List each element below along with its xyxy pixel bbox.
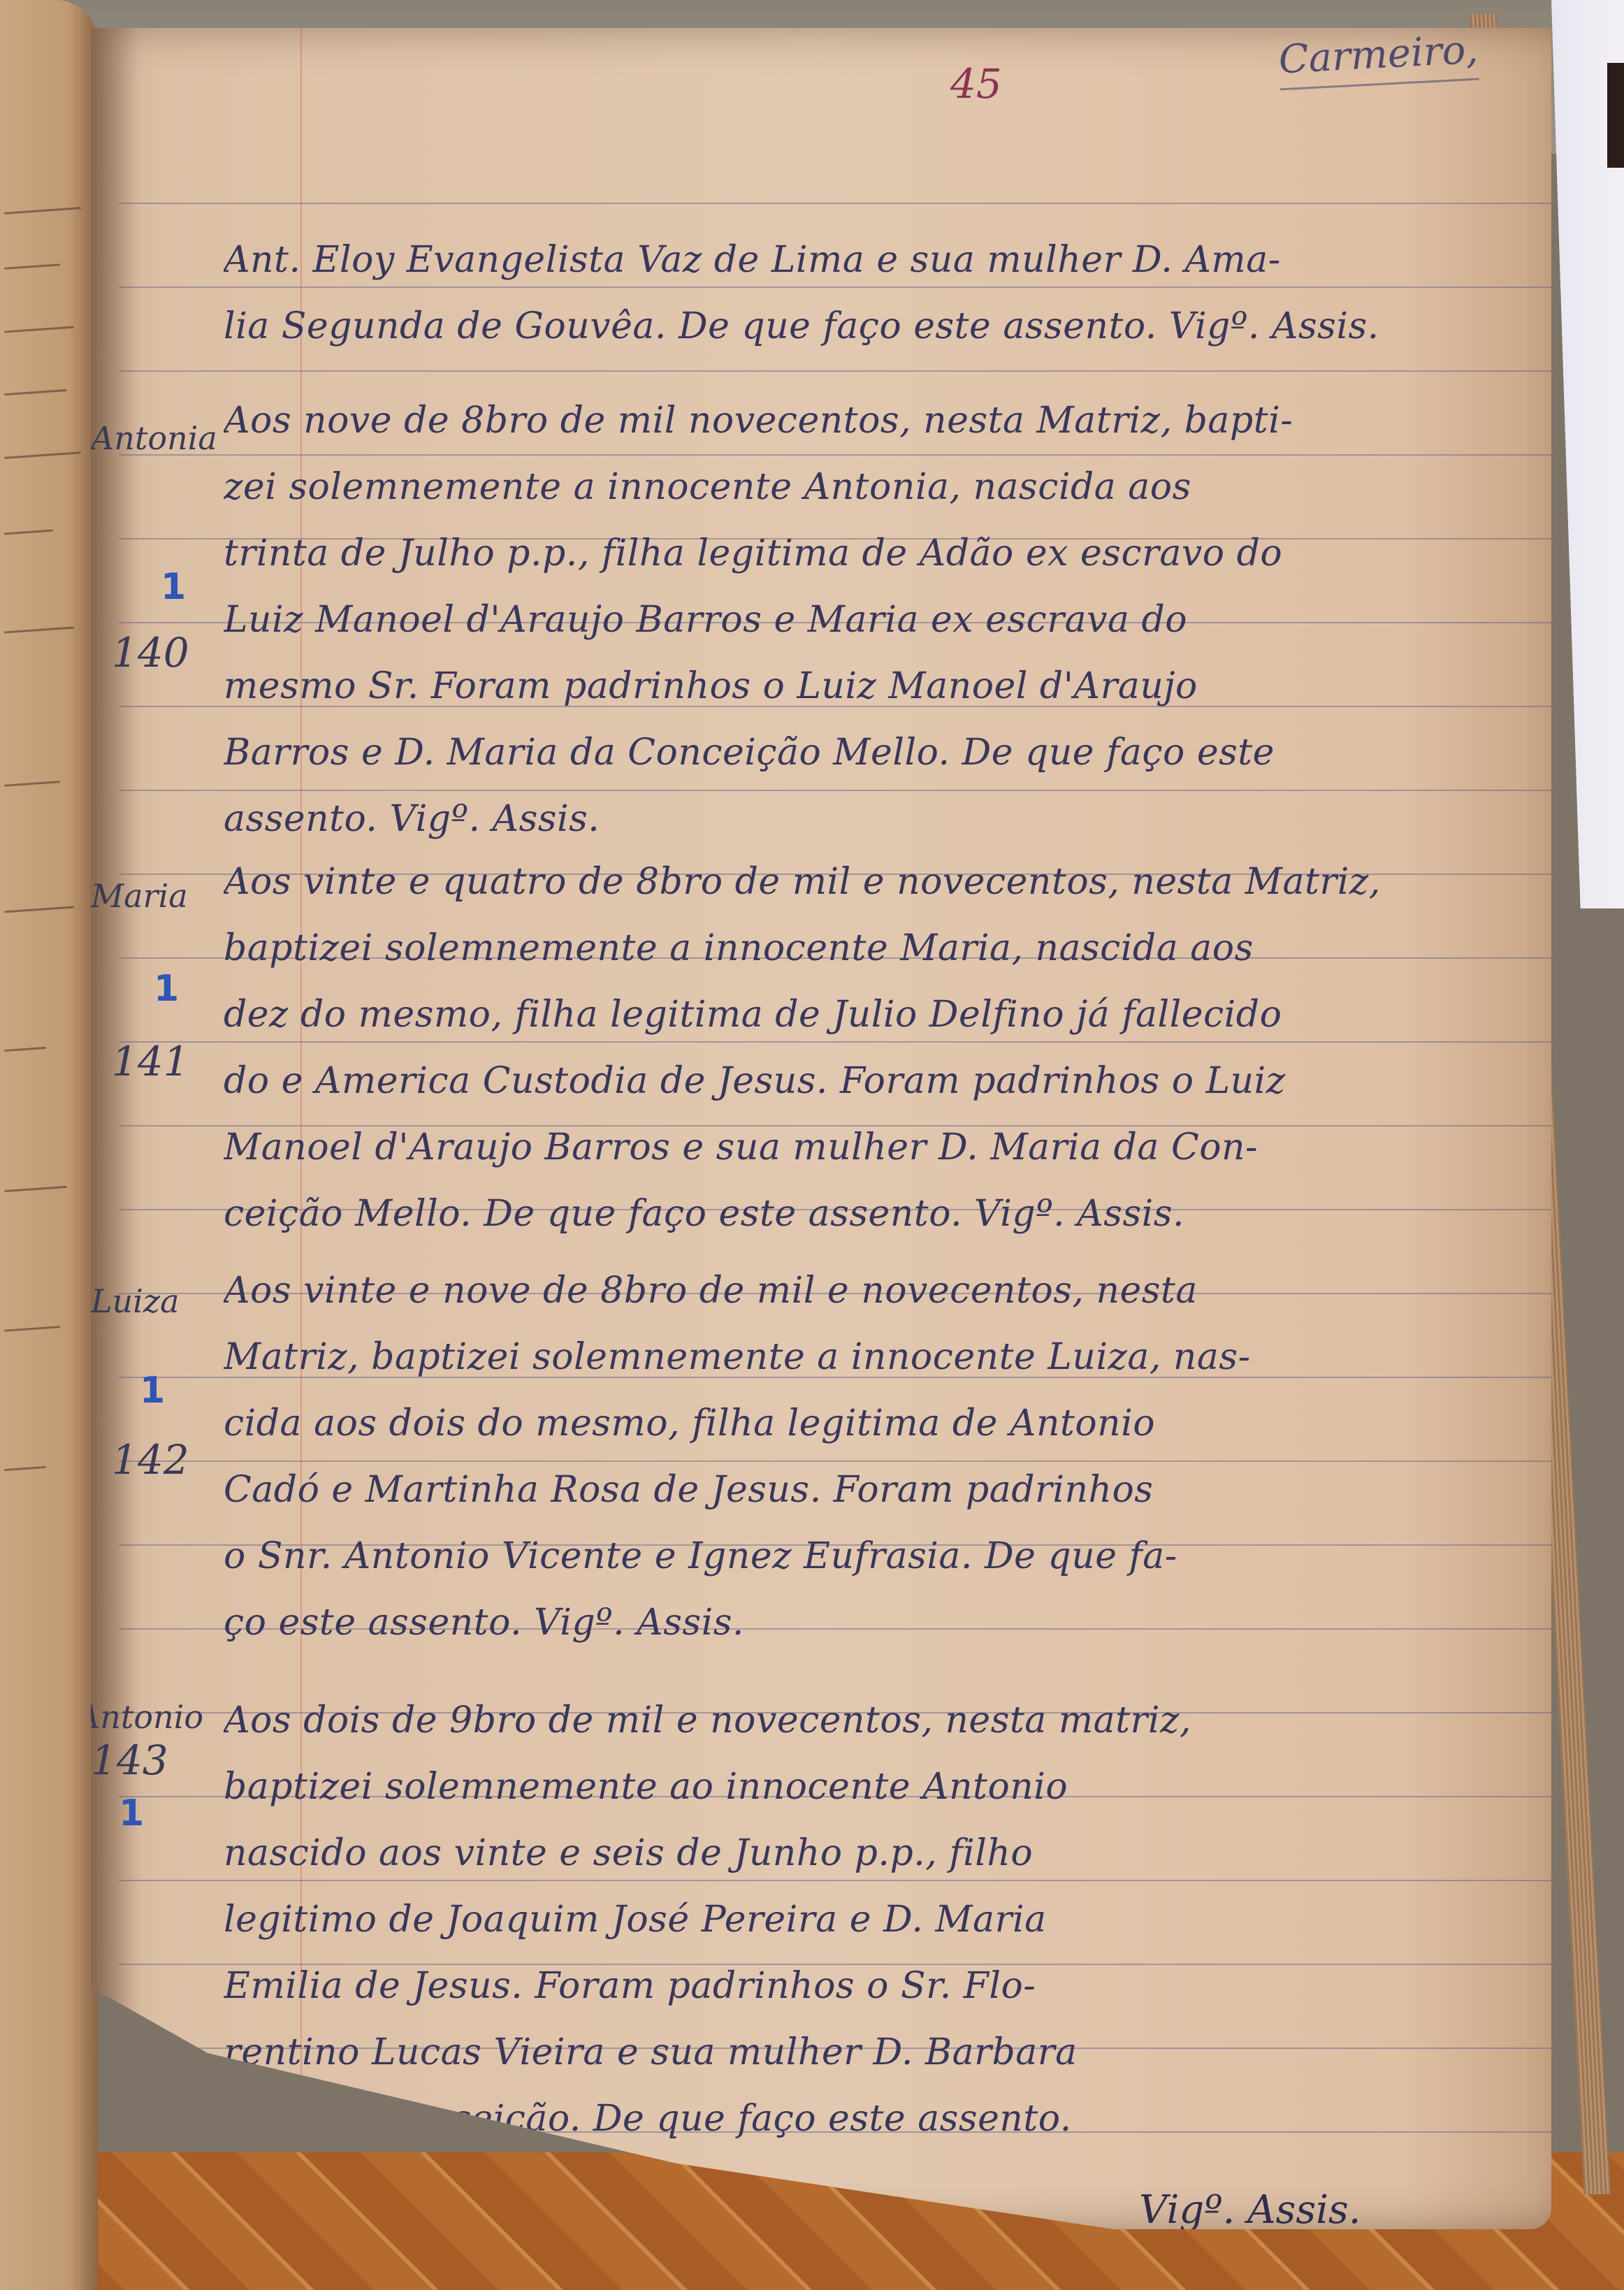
entry-line: Matriz, baptizei solemnemente a innocent…	[224, 1335, 1537, 1379]
entry-line: nascido aos vinte e seis de Junho p.p., …	[224, 1831, 1537, 1876]
ghost-handwriting	[4, 1186, 67, 1192]
ghost-handwriting	[4, 627, 74, 634]
entry-line: Aos nove de 8bro de mil novecentos, nest…	[224, 398, 1537, 443]
entry-line: Manoel d'Araujo Barros e sua mulher D. M…	[224, 1125, 1537, 1170]
entry-line: o Snr. Antonio Vicente e Ignez Eufrasia.…	[224, 1534, 1537, 1579]
ghost-handwriting	[4, 781, 60, 787]
entry-line: rentino Lucas Vieira e sua mulher D. Bar…	[224, 2030, 1537, 2075]
blue-tick-mark: 1	[154, 968, 179, 1010]
page-number: 45	[950, 60, 1002, 108]
previous-page-curl	[0, 0, 98, 2290]
entry-number: 143	[91, 1737, 168, 1784]
entry-line: lia Segunda de Gouvêa. De que faço este …	[224, 304, 1537, 349]
entry-line: cida aos dois do mesmo, filha legitima d…	[224, 1401, 1537, 1446]
entry-number: 142	[112, 1436, 189, 1484]
entry-line: baptizei solemnemente a innocente Maria,…	[224, 926, 1537, 971]
entry-line: ço este assento. Vigº. Assis.	[224, 1600, 1537, 1645]
entry-line: trinta de Julho p.p., filha legitima de …	[224, 531, 1537, 576]
entry-line: zei solemnemente a innocente Antonia, na…	[224, 465, 1537, 509]
ghost-handwriting	[4, 326, 74, 333]
entry-line: Barros e D. Maria da Conceição Mello. De…	[224, 730, 1537, 775]
ghost-handwriting	[4, 389, 67, 396]
entry-line: dez do mesmo, filha legitima de Julio De…	[224, 992, 1537, 1037]
ghost-handwriting	[4, 451, 81, 459]
entry-line: Ant. Eloy Evangelista Vaz de Lima e sua …	[224, 238, 1537, 282]
corner-annotation: Carmeiro,	[1277, 27, 1479, 91]
entry-line: Luiz Manoel d'Araujo Barros e Maria ex e…	[224, 597, 1537, 642]
entry-line: mesmo Sr. Foram padrinhos o Luiz Manoel …	[224, 664, 1537, 709]
entry-number: 141	[112, 1038, 189, 1085]
ghost-handwriting	[4, 263, 60, 270]
ghost-handwriting	[4, 906, 74, 913]
blue-tick-mark: 1	[119, 1792, 144, 1834]
entry-line: Emilia de Jesus. Foram padrinhos o Sr. F…	[224, 1964, 1537, 2008]
entry-line: legitimo de Joaquim José Pereira e D. Ma…	[224, 1897, 1537, 1942]
entry-line: do e America Custodia de Jesus. Foram pa…	[224, 1059, 1537, 1103]
entry-line: Aos dois de 9bro de mil e novecentos, ne…	[224, 1698, 1537, 1743]
ghost-handwriting	[4, 1466, 46, 1471]
entry-line: Cadó e Martinha Rosa de Jesus. Foram pad…	[224, 1468, 1537, 1512]
ghost-handwriting	[4, 207, 81, 215]
register-page: 45 Carmeiro, Ant. Eloy Evangelista Vaz d…	[91, 28, 1551, 2229]
vicar-signature: Vigº. Assis.	[1139, 2187, 1361, 2233]
shadow-gap	[1607, 63, 1624, 168]
entry-line: Aos vinte e nove de 8bro de mil e novece…	[224, 1268, 1537, 1313]
entry-line: Aos vinte e quatro de 8bro de mil e nove…	[224, 860, 1537, 904]
blue-tick-mark: 1	[140, 1370, 165, 1412]
ghost-handwriting	[4, 1326, 60, 1332]
entry-line: ceição Mello. De que faço este assento. …	[224, 1191, 1537, 1236]
blue-tick-mark: 1	[161, 566, 186, 608]
ghost-handwriting	[4, 1047, 46, 1052]
entry-line: baptizei solemnemente ao innocente Anton…	[224, 1764, 1537, 1809]
entry-line: assento. Vigº. Assis.	[224, 797, 1537, 841]
entry-number: 140	[112, 629, 189, 676]
entry-line: Maria da Conceição. De que faço este ass…	[196, 2096, 1509, 2141]
ghost-handwriting	[4, 530, 53, 535]
